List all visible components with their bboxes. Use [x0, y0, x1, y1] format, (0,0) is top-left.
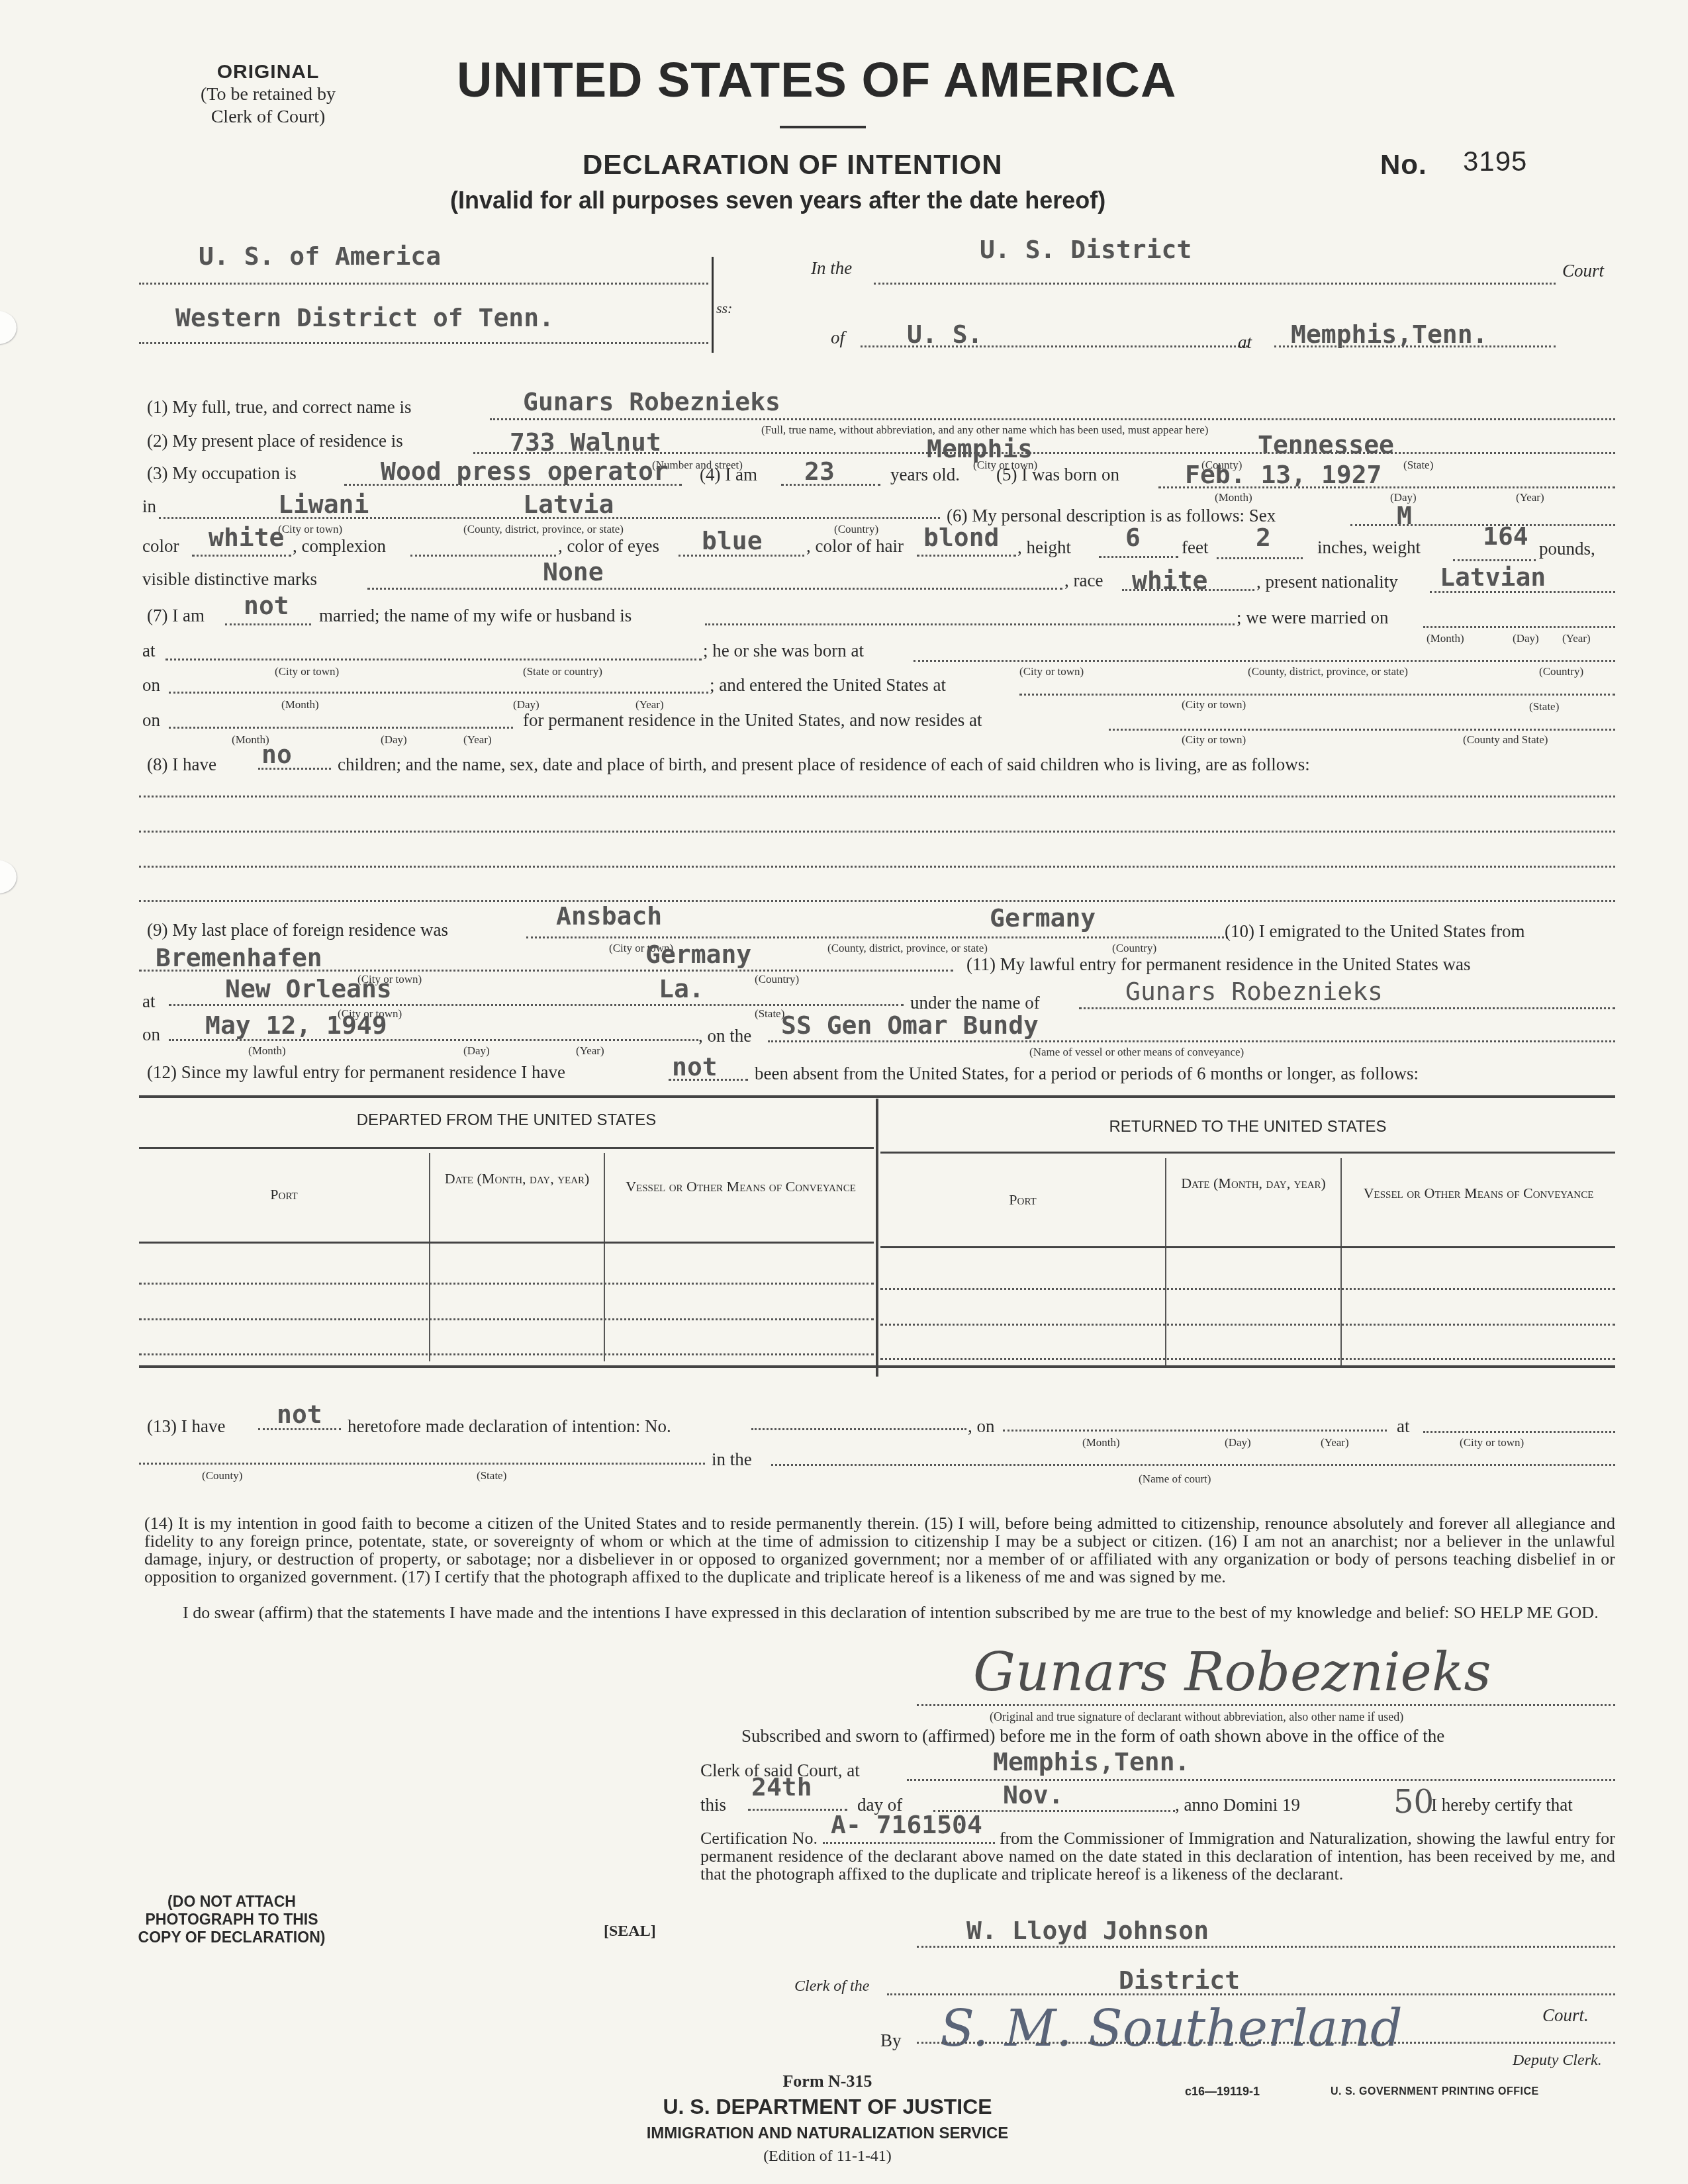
caption: (Country)	[1539, 665, 1583, 678]
birthplace-line	[159, 517, 940, 519]
returned-port-header: Port	[880, 1191, 1165, 1208]
q13-date-line	[1003, 1430, 1387, 1432]
caption: (City or town)	[1019, 665, 1084, 678]
original-label-block: ORIGINAL (To be retained by Clerk of Cou…	[142, 61, 394, 128]
hair-line	[917, 555, 1016, 557]
returned-header: RETURNED TO THE UNITED STATES	[880, 1118, 1615, 1136]
q11-label: (11) My lawful entry for permanent resid…	[966, 954, 1471, 975]
title-rule	[780, 126, 866, 128]
table-row	[139, 1353, 874, 1355]
q9-line	[526, 936, 1228, 938]
nationality-line	[1430, 591, 1615, 593]
caption: (Month)	[1082, 1436, 1120, 1449]
printer-name: U. S. GOVERNMENT PRINTING OFFICE	[1331, 2086, 1539, 2098]
at-label: at	[1238, 332, 1252, 353]
clerk-at-value: Memphis,Tenn.	[993, 1747, 1190, 1776]
table-rule	[880, 1246, 1615, 1248]
q5-label: (5) I was born on	[996, 465, 1119, 485]
vessel-line	[768, 1040, 1615, 1042]
q8-text: children; and the name, sex, date and pl…	[338, 754, 1310, 775]
q13-court-line	[771, 1464, 1615, 1466]
q8-label: (8) I have	[147, 754, 216, 775]
eyes-label: , color of eyes	[558, 536, 659, 557]
photo-note: (DO NOT ATTACH PHOTOGRAPH TO THIS COPY O…	[126, 1893, 338, 1946]
clerk-name-value: W. Lloyd Johnson	[966, 1916, 1209, 1945]
prior-declaration-value: not	[277, 1400, 322, 1429]
q13-county-line	[139, 1463, 705, 1465]
color-label: color	[142, 536, 179, 557]
year-value: 50	[1393, 1784, 1434, 1821]
q1-label: (1) My full, true, and correct name is	[147, 397, 412, 418]
department-name: U. S. DEPARTMENT OF JUSTICE	[596, 2095, 1059, 2119]
caption: (Year)	[576, 1044, 604, 1058]
entry-at-label: at	[142, 991, 156, 1012]
perm-on-label: on	[142, 710, 160, 731]
invalid-note: (Invalid for all purposes seven years af…	[450, 187, 1105, 214]
birth-caption-county: (County, district, province, or state)	[463, 523, 624, 536]
q4-label: (4) I am	[700, 465, 757, 485]
height-label: , height	[1017, 537, 1071, 558]
weight-value: 164	[1483, 522, 1528, 551]
table-rule	[139, 1095, 1615, 1098]
of-line	[861, 345, 1248, 347]
retained-note-1: (To be retained by	[142, 83, 394, 106]
under-name-line	[1079, 1007, 1615, 1009]
race-label: , race	[1064, 570, 1103, 591]
absence-value: not	[672, 1052, 718, 1081]
returned-vessel-header: Vessel or Other Means of Conveyance	[1342, 1185, 1615, 1202]
seal-label: [SEAL]	[604, 1923, 656, 1940]
marital-status-value: not	[244, 591, 289, 620]
children-line	[139, 900, 1615, 902]
q13-number-line	[751, 1428, 966, 1430]
feet-label-text: feet	[1182, 537, 1208, 558]
departed-date-header: Date (Month, day, year)	[430, 1170, 604, 1187]
returned-date-header: Date (Month, day, year)	[1166, 1175, 1340, 1192]
at-value: Memphis,Tenn.	[1291, 320, 1487, 349]
venue-line	[139, 342, 708, 344]
signature-caption: (Original and true signature of declaran…	[990, 1710, 1403, 1724]
day-value: 24th	[751, 1772, 812, 1801]
caption: (Day)	[381, 733, 407, 747]
entered-on-line	[169, 692, 708, 694]
marks-line	[367, 588, 1062, 590]
deputy-clerk-label: Deputy Clerk.	[1513, 2052, 1602, 2070]
q13-at-label: at	[1397, 1416, 1410, 1437]
caption: (State)	[1529, 700, 1559, 713]
deputy-line	[917, 2042, 1615, 2044]
table-row	[880, 1324, 1615, 1326]
entry-at-line	[169, 1004, 904, 1006]
venue-line	[139, 283, 708, 285]
photo-note-line-2: COPY OF DECLARATION)	[126, 1929, 338, 1946]
spouse-born-label: ; he or she was born at	[703, 641, 864, 661]
caption: (Year)	[463, 733, 492, 747]
q13-label: (13) I have	[147, 1416, 225, 1437]
caption: (Country)	[755, 973, 799, 986]
q3-label: (3) My occupation is	[147, 463, 297, 484]
print-code: c16—19119-1	[1185, 2085, 1260, 2099]
month-value: Nov.	[1003, 1780, 1064, 1809]
residence-state: Tennessee	[1258, 430, 1394, 459]
hair-label: , color of hair	[806, 536, 904, 557]
table-row	[880, 1288, 1615, 1290]
caption: (State)	[755, 1007, 784, 1021]
birth-caption-country: (Country)	[834, 523, 878, 536]
caption: (Year)	[1321, 1436, 1349, 1449]
caption: (City or town)	[1182, 698, 1246, 711]
full-name-value: Gunars Robeznieks	[523, 387, 780, 416]
declarant-signature: Gunars Robeznieks	[973, 1641, 1491, 1703]
q7-line	[225, 623, 311, 625]
color-value: white	[209, 523, 284, 552]
on-the-label: , on the	[698, 1026, 751, 1046]
caption: (State or country)	[523, 665, 602, 678]
declaration-number: 3195	[1463, 146, 1527, 177]
table-divider	[876, 1099, 878, 1377]
q7-label: (7) I am	[147, 606, 205, 626]
entered-on-label: on	[142, 675, 160, 696]
nationality-label: , present nationality	[1256, 572, 1398, 592]
foreign-residence-country: Germany	[990, 903, 1096, 933]
pounds-label: pounds,	[1539, 539, 1595, 559]
married-caption-day: (Day)	[1513, 632, 1539, 645]
deputy-signature: S. M. Southerland	[940, 1999, 1403, 2058]
departed-header: DEPARTED FROM THE UNITED STATES	[139, 1112, 874, 1129]
complexion-label: , complexion	[293, 536, 386, 557]
vessel-caption: (Name of vessel or other means of convey…	[1029, 1046, 1244, 1059]
oath-swear: I do swear (affirm) that the statements …	[144, 1604, 1615, 1621]
clerk-court-line	[887, 1993, 1615, 1995]
spouse-born-line	[914, 660, 1615, 662]
children-line	[139, 796, 1615, 797]
venue-bracket	[712, 257, 714, 353]
q2-line	[473, 452, 1615, 454]
signature-line	[917, 1704, 1615, 1706]
q5-line	[1158, 486, 1615, 488]
entry-on-label: on	[142, 1024, 160, 1045]
venue-district: Western District of Tenn.	[175, 303, 554, 332]
q10-label: (10) I emigrated to the United States fr…	[1225, 921, 1525, 942]
table-row	[880, 1358, 1615, 1360]
caption: (County, district, province, or state)	[827, 942, 988, 955]
caption: (Day)	[1225, 1436, 1251, 1449]
clerk-of-the-label: Clerk of the	[794, 1978, 869, 1995]
weight-line	[1453, 559, 1536, 561]
hole-punch	[0, 311, 17, 344]
married-at-line	[165, 659, 702, 660]
married-at-label: at	[142, 641, 156, 661]
anno-domini-label: , anno Domini 19	[1175, 1795, 1300, 1815]
birth-country-value: Latvia	[523, 490, 614, 519]
years-old-label: years old.	[890, 465, 960, 485]
perm-on-line	[169, 727, 513, 729]
q10-line	[139, 970, 953, 972]
clerk-name-line	[917, 1946, 1615, 1948]
table-rule	[139, 1365, 1615, 1368]
caption: (City or town)	[275, 665, 339, 678]
cert-no-label: Certification No.	[700, 1829, 818, 1848]
emigrated-from-city: Bremenhafen	[156, 943, 322, 972]
caption: (County)	[202, 1469, 242, 1482]
court-label-footer: Court.	[1542, 2005, 1589, 2026]
table-row	[139, 1283, 874, 1285]
spouse-name-line	[705, 623, 1235, 625]
marks-value: None	[543, 557, 604, 586]
q4-line	[781, 484, 880, 486]
caption: (City or town)	[1460, 1436, 1524, 1449]
in-the-label: In the	[811, 258, 852, 279]
table-rule	[139, 1242, 874, 1244]
oath-paragraph: (14) It is my intention in good faith to…	[144, 1514, 1615, 1586]
retained-note-2: Clerk of Court)	[142, 106, 394, 128]
q7-text: married; the name of my wife or husband …	[319, 606, 632, 626]
children-value: no	[261, 740, 292, 769]
entry-date-value: May 12, 1949	[205, 1011, 387, 1040]
q8-line	[258, 768, 331, 770]
q13-at-line	[1423, 1431, 1615, 1433]
emigrated-from-country: Germany	[645, 940, 751, 969]
departed-port-header: Port	[139, 1186, 429, 1203]
certify-label: I hereby certify that	[1431, 1795, 1573, 1815]
certification-body: Certification No. from the Commissioner …	[700, 1829, 1615, 1883]
number-label: No.	[1380, 149, 1427, 181]
entered-us-label: ; and entered the United States at	[710, 675, 946, 696]
birth-caption-city: (City or town)	[278, 523, 342, 536]
foreign-residence-city: Ansbach	[556, 901, 662, 931]
of-label: of	[831, 328, 845, 348]
caption: (Day)	[513, 698, 539, 711]
table-rule	[880, 1152, 1615, 1154]
form-number: Form N-315	[728, 2071, 927, 2091]
complexion-line	[410, 555, 556, 557]
cert-body-text: from the Commissioner of Immigration and…	[700, 1829, 1615, 1884]
clerk-court-value: District	[1119, 1966, 1240, 1995]
age-value: 23	[804, 457, 835, 486]
color-line	[192, 555, 291, 557]
q13-text: heretofore made declaration of intention…	[348, 1416, 671, 1437]
married-caption-year: (Year)	[1562, 632, 1591, 645]
this-label: this	[700, 1795, 726, 1815]
sworn-text: Subscribed and sworn to (affirmed) befor…	[741, 1726, 1444, 1747]
table-rule	[139, 1147, 874, 1149]
q5-caption-year: (Year)	[1516, 491, 1544, 504]
venue-country: U. S. of America	[199, 242, 441, 271]
height-feet-value: 6	[1125, 523, 1141, 552]
q2-label: (2) My present place of residence is	[147, 431, 403, 451]
caption: (Day)	[463, 1044, 490, 1058]
vessel-value: SS Gen Omar Bundy	[781, 1011, 1039, 1040]
photo-note-line-1: (DO NOT ATTACH PHOTOGRAPH TO THIS	[126, 1893, 338, 1929]
original-label: ORIGINAL	[142, 61, 394, 83]
nationality-value: Latvian	[1440, 563, 1546, 592]
by-label: By	[880, 2030, 902, 2051]
children-line	[139, 831, 1615, 833]
birth-city-value: Liwani	[278, 490, 369, 519]
caption: (County, district, province, or state)	[1248, 665, 1408, 678]
children-line	[139, 866, 1615, 868]
in-label: in	[142, 496, 156, 517]
entry-city: New Orleans	[225, 974, 392, 1003]
resides-at-line	[1109, 729, 1615, 731]
q2-caption-state: (State)	[1403, 459, 1433, 472]
inches-weight-label: inches, weight	[1317, 537, 1421, 558]
married-on-label: ; we were married on	[1237, 608, 1388, 628]
q13-in-the-label: in the	[712, 1449, 752, 1470]
q9-label: (9) My last place of foreign residence w…	[147, 920, 448, 940]
entered-us-line	[1019, 694, 1615, 696]
birth-date-value: Feb. 13, 1927	[1185, 460, 1382, 489]
perm-res-text: for permanent residence in the United St…	[523, 710, 982, 731]
marks-label: visible distinctive marks	[142, 569, 317, 590]
caption: (Country)	[1112, 942, 1156, 955]
race-line	[1122, 589, 1254, 591]
document-title: UNITED STATES OF AMERICA	[457, 52, 1176, 108]
q12-label: (12) Since my lawful entry for permanent…	[147, 1062, 565, 1083]
caption: (County and State)	[1463, 733, 1548, 747]
eyes-line	[679, 555, 804, 557]
caption: (City or town)	[1182, 733, 1246, 747]
q3-line	[344, 484, 682, 486]
entry-name-value: Gunars Robeznieks	[1125, 977, 1383, 1006]
married-caption-month: (Month)	[1427, 632, 1464, 645]
caption: (State)	[477, 1469, 506, 1482]
caption: (Name of court)	[1139, 1473, 1211, 1486]
inches-line	[1217, 557, 1303, 559]
document-subtitle: DECLARATION OF INTENTION	[583, 149, 1003, 181]
hole-punch	[0, 860, 17, 893]
q13-line	[258, 1428, 341, 1430]
married-on-line	[1423, 626, 1615, 628]
court-label: Court	[1562, 261, 1604, 281]
at-line	[1274, 345, 1556, 347]
service-name: IMMIGRATION AND NATURALIZATION SERVICE	[563, 2124, 1092, 2143]
hair-color-value: blond	[923, 523, 999, 552]
caption: (Month)	[248, 1044, 286, 1058]
ss-label: ss:	[716, 300, 732, 317]
q5-caption-month: (Month)	[1215, 491, 1252, 504]
q13-on-label: , on	[968, 1416, 995, 1437]
q12-line	[669, 1079, 748, 1081]
feet-line	[1099, 556, 1178, 558]
q12-text: been absent from the United States, for …	[755, 1064, 1419, 1084]
edition: (Edition of 11-1-41)	[728, 2148, 927, 2165]
eye-color-value: blue	[702, 526, 763, 555]
caption: (Year)	[635, 698, 664, 711]
q1-line	[490, 418, 1615, 420]
occupation-value: Wood press operator	[381, 457, 669, 486]
cert-no-line	[823, 1842, 995, 1844]
departed-vessel-header: Vessel or Other Means of Conveyance	[605, 1178, 876, 1195]
entry-state: La.	[659, 974, 704, 1003]
entry-date-line	[169, 1039, 698, 1041]
court-name: U. S. District	[980, 235, 1192, 264]
table-row	[139, 1318, 874, 1320]
court-line	[874, 283, 1556, 285]
caption: (Month)	[281, 698, 319, 711]
of-value: U. S.	[907, 320, 982, 349]
height-inches-value: 2	[1256, 523, 1271, 552]
